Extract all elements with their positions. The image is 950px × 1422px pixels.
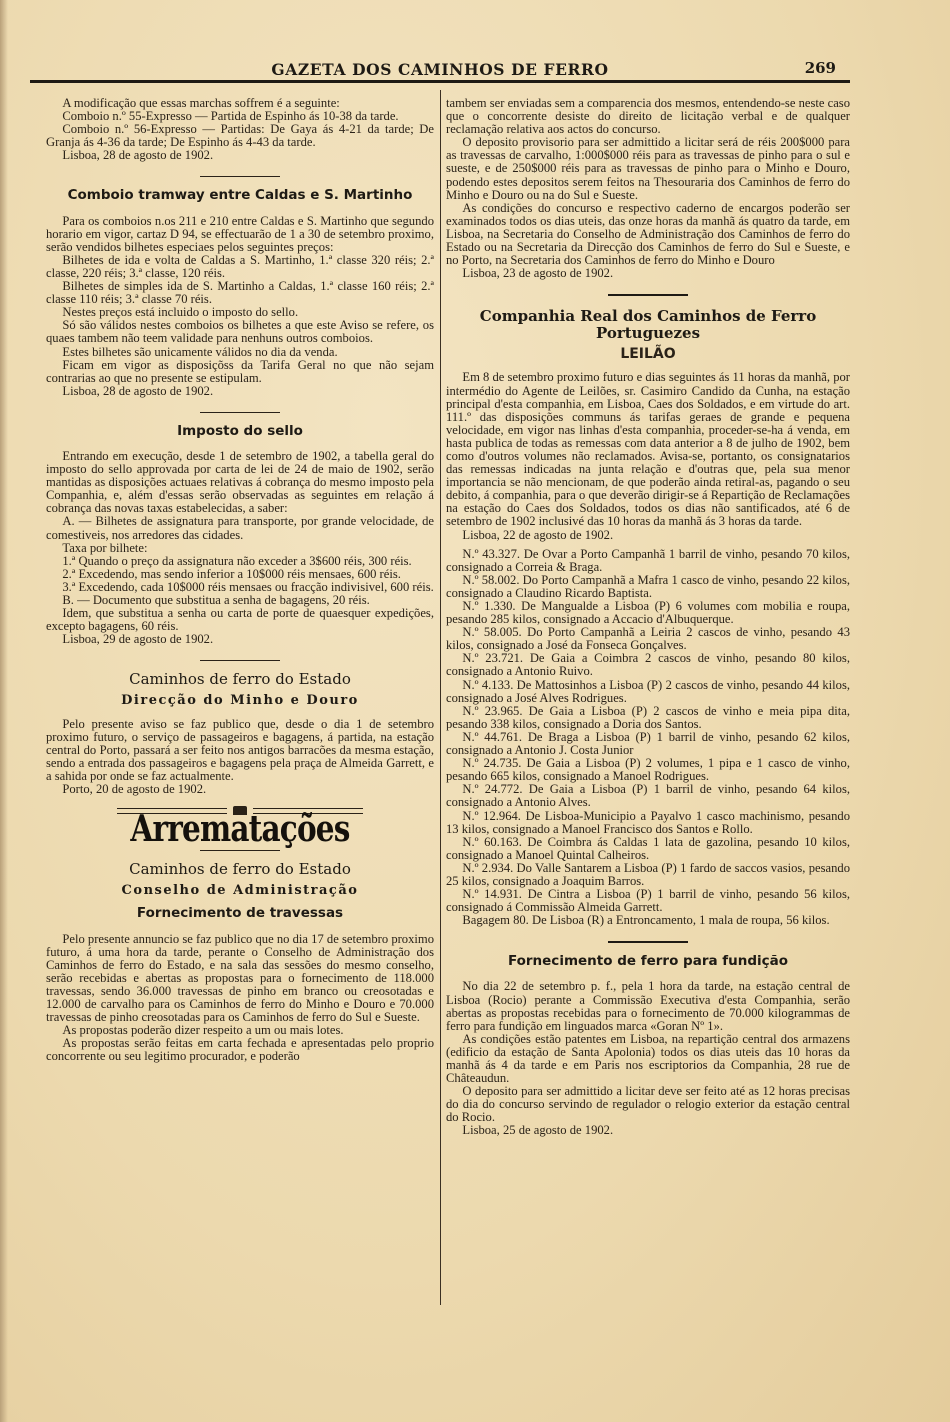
paragraph: 2.ª Excedendo, mas sendo inferior a 10$0… <box>46 568 434 581</box>
article-subsubheading: Fornecimento de travessas <box>46 907 434 920</box>
article-companhia-real-leilao: Companhia Real dos Caminhos de Ferro Por… <box>446 308 850 927</box>
paragraph: tambem ser enviadas sem a comparencia do… <box>446 97 850 136</box>
paragraph: 1.ª Quando o preço da assignatura não ex… <box>46 555 434 568</box>
paragraph: A. — Bilhetes de assignatura para transp… <box>46 515 434 541</box>
list-item: N.º 44.761. De Braga a Lisboa (P) 1 barr… <box>446 731 850 757</box>
right-column: tambem ser enviadas sem a comparencia do… <box>446 97 850 1138</box>
list-item: N.º 2.934. Do Valle Santarem a Lisboa (P… <box>446 862 850 888</box>
list-item: N.º 24.772. De Gaia a Lisboa (P) 1 barri… <box>446 783 850 809</box>
paragraph: Ficam em vigor as disposiçõss da Tarifa … <box>46 359 434 385</box>
paragraph: Bilhetes de simples ida de S. Martinho a… <box>46 280 434 306</box>
article-heading: Caminhos de ferro do Estado <box>46 673 434 686</box>
dateline: Lisboa, 29 de agosto de 1902. <box>46 633 434 646</box>
article-subheading: Conselho de Administração <box>46 884 434 897</box>
paragraph: As propostas serão feitas em carta fecha… <box>46 1037 434 1063</box>
paragraph: Bilhetes de ida e volta de Caldas a S. M… <box>46 254 434 280</box>
page-spine-shadow <box>0 0 8 1422</box>
section-divider <box>608 941 688 943</box>
paragraph: Só são válidos nestes comboios os bilhet… <box>46 319 434 345</box>
section-title-arrematacoes: Arrematações <box>81 823 399 836</box>
list-item: N.º 60.163. De Coimbra ás Caldas 1 lata … <box>446 836 850 862</box>
list-item: N.º 23.721. De Gaia a Coimbra 2 cascos d… <box>446 652 850 678</box>
paragraph: Entrando em execução, desde 1 de setembr… <box>46 450 434 515</box>
left-column: A modificação que essas marchas soffrem … <box>46 97 434 1063</box>
section-divider <box>200 412 280 413</box>
article-train-schedule-changes: A modificação que essas marchas soffrem … <box>46 97 434 162</box>
article-ferro-fundicao: Fornecimento de ferro para fundição No d… <box>446 955 850 1137</box>
paragraph: Idem, que substitua a senha ou carta de … <box>46 607 434 633</box>
paragraph: Pelo presente annuncio se faz publico qu… <box>46 933 434 1025</box>
list-item: N.º 58.002. Do Porto Campanhã a Mafra 1 … <box>446 574 850 600</box>
paragraph: As condições do concurso e respectivo ca… <box>446 202 850 267</box>
list-item: N.º 14.931. De Cintra a Lisboa (P) 1 bar… <box>446 888 850 914</box>
list-item: N.º 12.964. De Lisboa-Municipio a Payalv… <box>446 810 850 836</box>
paragraph: O deposito provisorio para ser admittido… <box>446 136 850 201</box>
publication-title: GAZETA DOS CAMINHOS DE FERRO <box>30 60 850 79</box>
paragraph: Taxa por bilhete: <box>46 542 434 555</box>
list-item: N.º 23.965. De Gaia a Lisboa (P) 2 casco… <box>446 705 850 731</box>
dateline: Porto, 20 de agosto de 1902. <box>46 783 434 796</box>
dateline: Lisboa, 25 de agosto de 1902. <box>446 1124 850 1137</box>
list-item: N.º 1.330. De Mangualde a Lisboa (P) 6 v… <box>446 600 850 626</box>
article-subheading: Direcção do Minho e Douro <box>46 694 434 707</box>
list-item: Bagagem 80. De Lisboa (R) a Entroncament… <box>446 914 850 927</box>
paragraph: O deposito para ser admittido a licitar … <box>446 1085 850 1124</box>
section-divider <box>200 660 280 661</box>
list-item: N.º 43.327. De Ovar a Porto Campanhã 1 b… <box>446 548 850 574</box>
list-item: N.º 24.735. De Gaia a Lisboa (P) 2 volum… <box>446 757 850 783</box>
list-item: N.º 58.005. Do Porto Campanhã a Leiria 2… <box>446 626 850 652</box>
paragraph: Para os comboios n.os 211 e 210 entre Ca… <box>46 215 434 254</box>
paragraph: Comboio n.º 56-Expresso — Partidas: De G… <box>46 123 434 149</box>
article-tramway: Comboio tramway entre Caldas e S. Martin… <box>46 189 434 397</box>
article-imposto-sello: Imposto do sello Entrando em execução, d… <box>46 425 434 647</box>
paragraph: Pelo presente aviso se faz publico que, … <box>46 718 434 783</box>
article-heading: Imposto do sello <box>46 425 434 438</box>
paragraph: Em 8 de setembro proximo futuro e dias s… <box>446 371 850 528</box>
section-divider <box>200 850 280 851</box>
article-estado-minho-douro: Caminhos de ferro do Estado Direcção do … <box>46 673 434 796</box>
header-rule <box>30 80 850 83</box>
article-heading: Caminhos de ferro do Estado <box>46 863 434 876</box>
article-subheading: LEILÃO <box>446 348 850 361</box>
dateline: Lisboa, 28 de agosto de 1902. <box>46 385 434 398</box>
article-heading: Comboio tramway entre Caldas e S. Martin… <box>46 189 434 202</box>
article-estado-travessas: Caminhos de ferro do Estado Conselho de … <box>46 863 434 1063</box>
paragraph: As condições estão patentes em Lisboa, n… <box>446 1033 850 1085</box>
dateline: Lisboa, 28 de agosto de 1902. <box>46 149 434 162</box>
paragraph: Estes bilhetes são unicamente válidos no… <box>46 346 434 359</box>
article-heading: Fornecimento de ferro para fundição <box>446 955 850 968</box>
section-divider <box>200 176 280 177</box>
list-item: N.º 4.133. De Mattosinhos a Lisboa (P) 2… <box>446 679 850 705</box>
article-heading: Companhia Real dos Caminhos de Ferro Por… <box>446 308 850 342</box>
column-divider <box>440 90 441 1305</box>
page-number: 269 <box>805 59 836 77</box>
page-header: GAZETA DOS CAMINHOS DE FERRO 269 <box>30 58 850 82</box>
dateline: Lisboa, 23 de agosto de 1902. <box>446 267 850 280</box>
dateline: Lisboa, 22 de agosto de 1902. <box>446 529 850 542</box>
section-divider <box>608 294 688 296</box>
article-travessas-continuation: tambem ser enviadas sem a comparencia do… <box>446 97 850 280</box>
paragraph: No dia 22 de setembro p. f., pela 1 hora… <box>446 980 850 1032</box>
